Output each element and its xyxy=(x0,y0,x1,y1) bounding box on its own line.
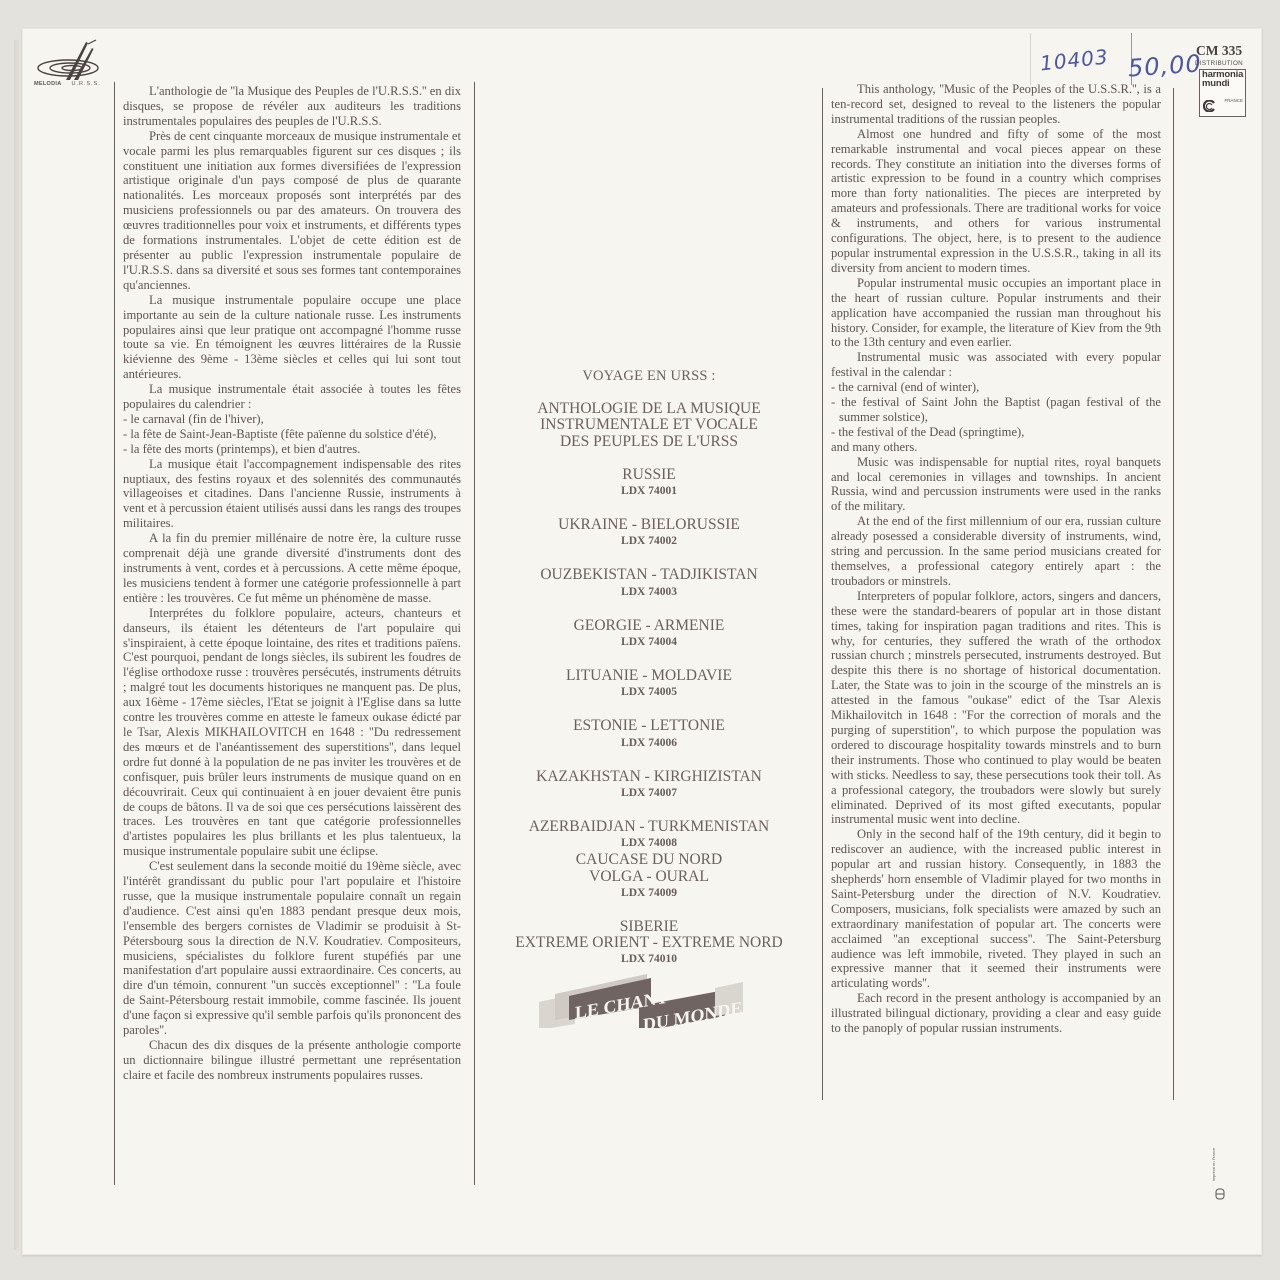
disc-entry: ESTONIE - LETTONIELDX 74006 xyxy=(488,718,810,751)
list-item: - le carnaval (fin de l'hiver), xyxy=(123,412,461,427)
paragraph: Only in the second half of the 19th cent… xyxy=(831,827,1161,991)
paragraph: Instrumental music was associated with e… xyxy=(831,350,1161,380)
printer-mark: imprimé en France xyxy=(1215,1148,1225,1200)
list-item: - the festival of Saint John the Baptist… xyxy=(831,395,1161,425)
list-item: - la fête de Saint-Jean-Baptiste (fête p… xyxy=(123,427,461,442)
paragraph: La musique instrumentale populaire occup… xyxy=(123,293,461,382)
disc-catalog-ref: LDX 74010 xyxy=(488,951,810,968)
disc-region: EXTREME ORIENT - EXTREME NORD xyxy=(488,935,810,951)
disc-region: OUZBEKISTAN - TADJIKISTAN xyxy=(488,567,810,583)
disc-entry: SIBERIEEXTREME ORIENT - EXTREME NORDLDX … xyxy=(488,919,810,969)
disc-entry: CAUCASE DU NORDVOLGA - OURALLDX 74009 xyxy=(488,852,810,902)
disc-region: KAZAKHSTAN - KIRGHIZISTAN xyxy=(488,769,810,785)
disc-entry: AZERBAIDJAN - TURKMENISTANLDX 74008 xyxy=(488,819,810,852)
distributor-name: harmonia mundi xyxy=(1202,71,1245,88)
disc-entry: RUSSIELDX 74001 xyxy=(488,467,810,500)
disc-region: CAUCASE DU NORD xyxy=(488,852,810,868)
paragraph: Près de cent cinquante morceaux de musiq… xyxy=(123,129,461,293)
paragraph: C'est seulement dans la seconde moitié d… xyxy=(123,859,461,1038)
printer-emblem-icon xyxy=(1215,1188,1225,1200)
brand-name: MELODIA xyxy=(34,81,61,87)
anthology-title: ANTHOLOGIE DE LA MUSIQUEINSTRUMENTALE ET… xyxy=(488,401,810,450)
disc-catalog-ref: LDX 74005 xyxy=(488,684,810,701)
disc-entry: UKRAINE - BIELORUSSIELDX 74002 xyxy=(488,517,810,550)
paragraph: This anthology, ''Music of the Peoples o… xyxy=(831,82,1161,127)
anthology-title-line: ANTHOLOGIE DE LA MUSIQUE xyxy=(488,401,810,417)
melodia-swirl-icon xyxy=(32,38,112,82)
list-item: - the carnival (end of winter), xyxy=(831,380,1161,395)
paragraph: L'anthologie de ''la Musique des Peuples… xyxy=(123,84,461,129)
paragraph: La musique était l'accompagnement indisp… xyxy=(123,457,461,532)
paragraph: Almost one hundred and fifty of some of … xyxy=(831,127,1161,276)
disc-entry: OUZBEKISTAN - TADJIKISTANLDX 74003 xyxy=(488,567,810,600)
anthology-title-line: INSTRUMENTALE ET VOCALE xyxy=(488,417,810,433)
series-title: VOYAGE EN URSS : xyxy=(488,368,810,384)
paragraph: and many others. xyxy=(831,440,1161,455)
melodia-wordmark: MELODIAU.R.S.S. xyxy=(34,81,101,87)
brand-country: U.R.S.S. xyxy=(71,81,100,87)
paragraph: La musique instrumentale était associée … xyxy=(123,382,461,412)
disc-region: GEORGIE - ARMENIE xyxy=(488,618,810,634)
english-liner-notes: This anthology, ''Music of the Peoples o… xyxy=(822,88,1174,1100)
disc-entry: GEORGIE - ARMENIELDX 74004 xyxy=(488,618,810,651)
disc-region: LITUANIE - MOLDAVIE xyxy=(488,668,810,684)
anthology-title-line: DES PEUPLES DE L'URSS xyxy=(488,434,810,450)
disc-list: RUSSIELDX 74001UKRAINE - BIELORUSSIELDX … xyxy=(488,467,810,969)
disc-region: ESTONIE - LETTONIE xyxy=(488,718,810,734)
disc-region: VOLGA - OURAL xyxy=(488,869,810,885)
disc-catalog-ref: LDX 74009 xyxy=(488,885,810,902)
list-item: - the festival of the Dead (springtime), xyxy=(831,425,1161,440)
paragraph: Popular instrumental music occupies an i… xyxy=(831,276,1161,351)
disc-catalog-ref: LDX 74006 xyxy=(488,735,810,752)
disc-region: AZERBAIDJAN - TURKMENISTAN xyxy=(488,819,810,835)
french-text-body: L'anthologie de ''la Musique des Peuples… xyxy=(123,84,461,1083)
distributor-country: FRANCE xyxy=(1224,98,1243,103)
disc-catalog-ref: LDX 74004 xyxy=(488,634,810,651)
disc-catalog-ref: LDX 74008 xyxy=(488,835,810,852)
disc-catalog-ref: LDX 74001 xyxy=(488,483,810,500)
paragraph: Chacun des dix disques de la présente an… xyxy=(123,1038,461,1083)
melodia-logo: MELODIAU.R.S.S. xyxy=(32,38,112,90)
paragraph: Interprétes du folklore populaire, acteu… xyxy=(123,606,461,859)
disc-region: SIBERIE xyxy=(488,919,810,935)
sleeve-edge-shadow xyxy=(14,40,22,1250)
disc-catalog-ref: LDX 74003 xyxy=(488,584,810,601)
harmonia-mundi-emblem-icon xyxy=(1203,100,1215,112)
paragraph: At the end of the first millennium of ou… xyxy=(831,514,1161,589)
disc-listing: VOYAGE EN URSS : ANTHOLOGIE DE LA MUSIQU… xyxy=(488,368,810,985)
french-liner-notes: L'anthologie de ''la Musique des Peuples… xyxy=(114,82,475,1185)
handwritten-price: 50,00 xyxy=(1127,49,1202,82)
le-chant-du-monde-logo: LE CHANT DU MONDE xyxy=(535,972,745,1028)
paragraph: Music was indispensable for nuptial rite… xyxy=(831,455,1161,515)
catalog-number: CM 335 xyxy=(1196,43,1242,59)
disc-entry: KAZAKHSTAN - KIRGHIZISTANLDX 74007 xyxy=(488,769,810,802)
harmonia-mundi-logo: harmonia mundi FRANCE xyxy=(1199,69,1246,117)
distribution-label: DISTRIBUTION xyxy=(1195,60,1243,67)
paragraph: A la fin du premier millénaire de notre … xyxy=(123,531,461,606)
disc-catalog-ref: LDX 74002 xyxy=(488,533,810,550)
disc-region: UKRAINE - BIELORUSSIE xyxy=(488,517,810,533)
paragraph: Interpreters of popular folklore, actors… xyxy=(831,589,1161,828)
disc-catalog-ref: LDX 74007 xyxy=(488,785,810,802)
english-text-body: This anthology, ''Music of the Peoples o… xyxy=(831,82,1161,1036)
disc-entry: LITUANIE - MOLDAVIELDX 74005 xyxy=(488,668,810,701)
paragraph: Each record in the present anthology is … xyxy=(831,991,1161,1036)
disc-region: RUSSIE xyxy=(488,467,810,483)
printer-mark-text: imprimé en France xyxy=(1211,1148,1216,1181)
list-item: - la fête des morts (printemps), et bien… xyxy=(123,442,461,457)
